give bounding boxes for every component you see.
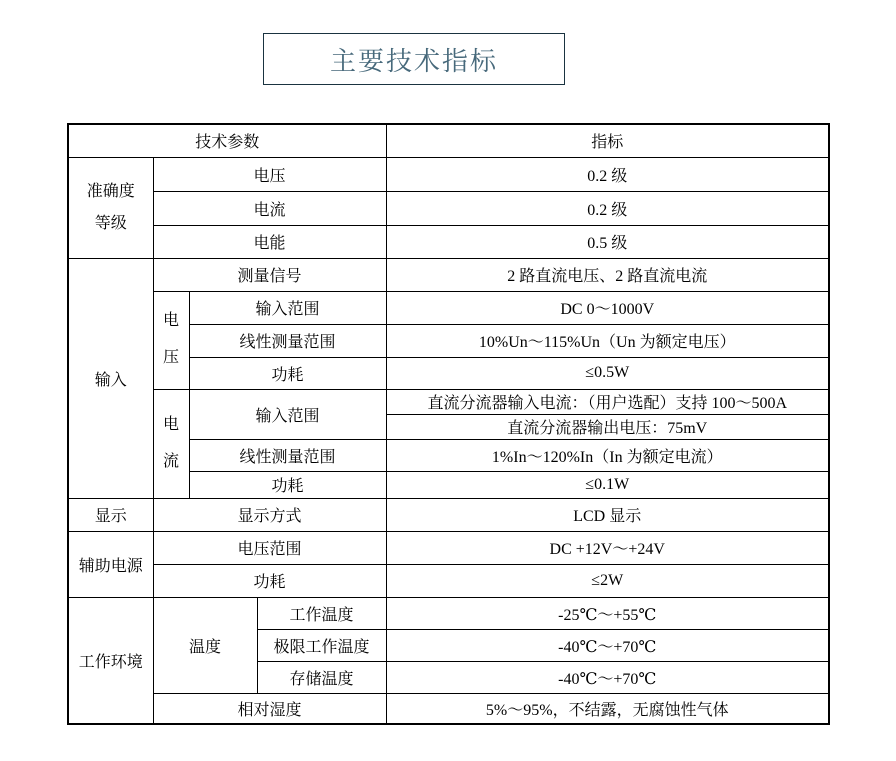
display-mode-name: 显示方式 <box>153 498 386 531</box>
input-current-range-value-1: 直流分流器输入电流：（用户选配）支持 100～500A <box>386 389 829 414</box>
temp-storage-value: -40℃～+70℃ <box>386 661 829 693</box>
temp-working-name: 工作温度 <box>257 597 386 629</box>
table-row: 电能 0.5 级 <box>68 225 829 258</box>
accuracy-voltage-name: 电压 <box>153 157 386 191</box>
auxpower-power-name: 功耗 <box>153 564 386 597</box>
input-voltage-linear-value: 10%Un～115%Un（Un 为额定电压） <box>386 324 829 357</box>
accuracy-current-name: 电流 <box>153 191 386 225</box>
input-voltage-range-name: 输入范围 <box>189 291 386 324</box>
accuracy-voltage-value: 0.2 级 <box>386 157 829 191</box>
auxpower-range-name: 电压范围 <box>153 531 386 564</box>
input-current-range-name: 输入范围 <box>189 389 386 439</box>
input-signal-value: 2 路直流电压、2 路直流电流 <box>386 258 829 291</box>
table-row: 输入 测量信号 2 路直流电压、2 路直流电流 <box>68 258 829 291</box>
table-row: 技术参数 指标 <box>68 124 829 157</box>
display-group-label: 显示 <box>68 498 153 531</box>
input-current-power-value: ≤0.1W <box>386 471 829 498</box>
table-row: 相对湿度 5%～95%，不结露，无腐蚀性气体 <box>68 693 829 724</box>
auxpower-range-value: DC +12V～+24V <box>386 531 829 564</box>
accuracy-energy-name: 电能 <box>153 225 386 258</box>
input-current-linear-name: 线性测量范围 <box>189 439 386 471</box>
accuracy-current-value: 0.2 级 <box>386 191 829 225</box>
table-row: 准确度 等级 电压 0.2 级 <box>68 157 829 191</box>
input-signal-name: 测量信号 <box>153 258 386 291</box>
input-voltage-power-name: 功耗 <box>189 357 386 389</box>
temp-working-value: -25℃～+55℃ <box>386 597 829 629</box>
accuracy-group-label: 准确度 等级 <box>68 157 153 258</box>
input-group-label: 输入 <box>68 258 153 498</box>
header-param-cell: 技术参数 <box>68 124 386 157</box>
input-current-label: 电 流 <box>153 389 189 498</box>
input-current-linear-value: 1%In～120%In（In 为额定电流） <box>386 439 829 471</box>
input-current-power-name: 功耗 <box>189 471 386 498</box>
environment-group-label: 工作环境 <box>68 597 153 724</box>
table-row: 显示 显示方式 LCD 显示 <box>68 498 829 531</box>
display-mode-value: LCD 显示 <box>386 498 829 531</box>
table-row: 电 流 输入范围 直流分流器输入电流：（用户选配）支持 100～500A <box>68 389 829 414</box>
table-row: 功耗 ≤2W <box>68 564 829 597</box>
temp-limit-name: 极限工作温度 <box>257 629 386 661</box>
table-row: 电 压 输入范围 DC 0～1000V <box>68 291 829 324</box>
spec-table: 技术参数 指标 准确度 等级 电压 0.2 级 电流 0.2 级 电能 0.5 … <box>67 123 830 725</box>
humidity-value: 5%～95%，不结露，无腐蚀性气体 <box>386 693 829 724</box>
input-current-range-value-2: 直流分流器输出电压：75mV <box>386 414 829 439</box>
table-row: 辅助电源 电压范围 DC +12V～+24V <box>68 531 829 564</box>
input-voltage-linear-name: 线性测量范围 <box>189 324 386 357</box>
temp-storage-name: 存储温度 <box>257 661 386 693</box>
temperature-group-label: 温度 <box>153 597 257 693</box>
table-row: 电流 0.2 级 <box>68 191 829 225</box>
auxpower-group-label: 辅助电源 <box>68 531 153 597</box>
input-voltage-label: 电 压 <box>153 291 189 389</box>
page-title: 主要技术指标 <box>330 41 498 78</box>
table-row: 工作环境 温度 工作温度 -25℃～+55℃ <box>68 597 829 629</box>
humidity-name: 相对湿度 <box>153 693 386 724</box>
accuracy-energy-value: 0.5 级 <box>386 225 829 258</box>
title-box: 主要技术指标 <box>263 33 565 85</box>
input-voltage-power-value: ≤0.5W <box>386 357 829 389</box>
temp-limit-value: -40℃～+70℃ <box>386 629 829 661</box>
input-voltage-range-value: DC 0～1000V <box>386 291 829 324</box>
auxpower-power-value: ≤2W <box>386 564 829 597</box>
header-value-cell: 指标 <box>386 124 829 157</box>
